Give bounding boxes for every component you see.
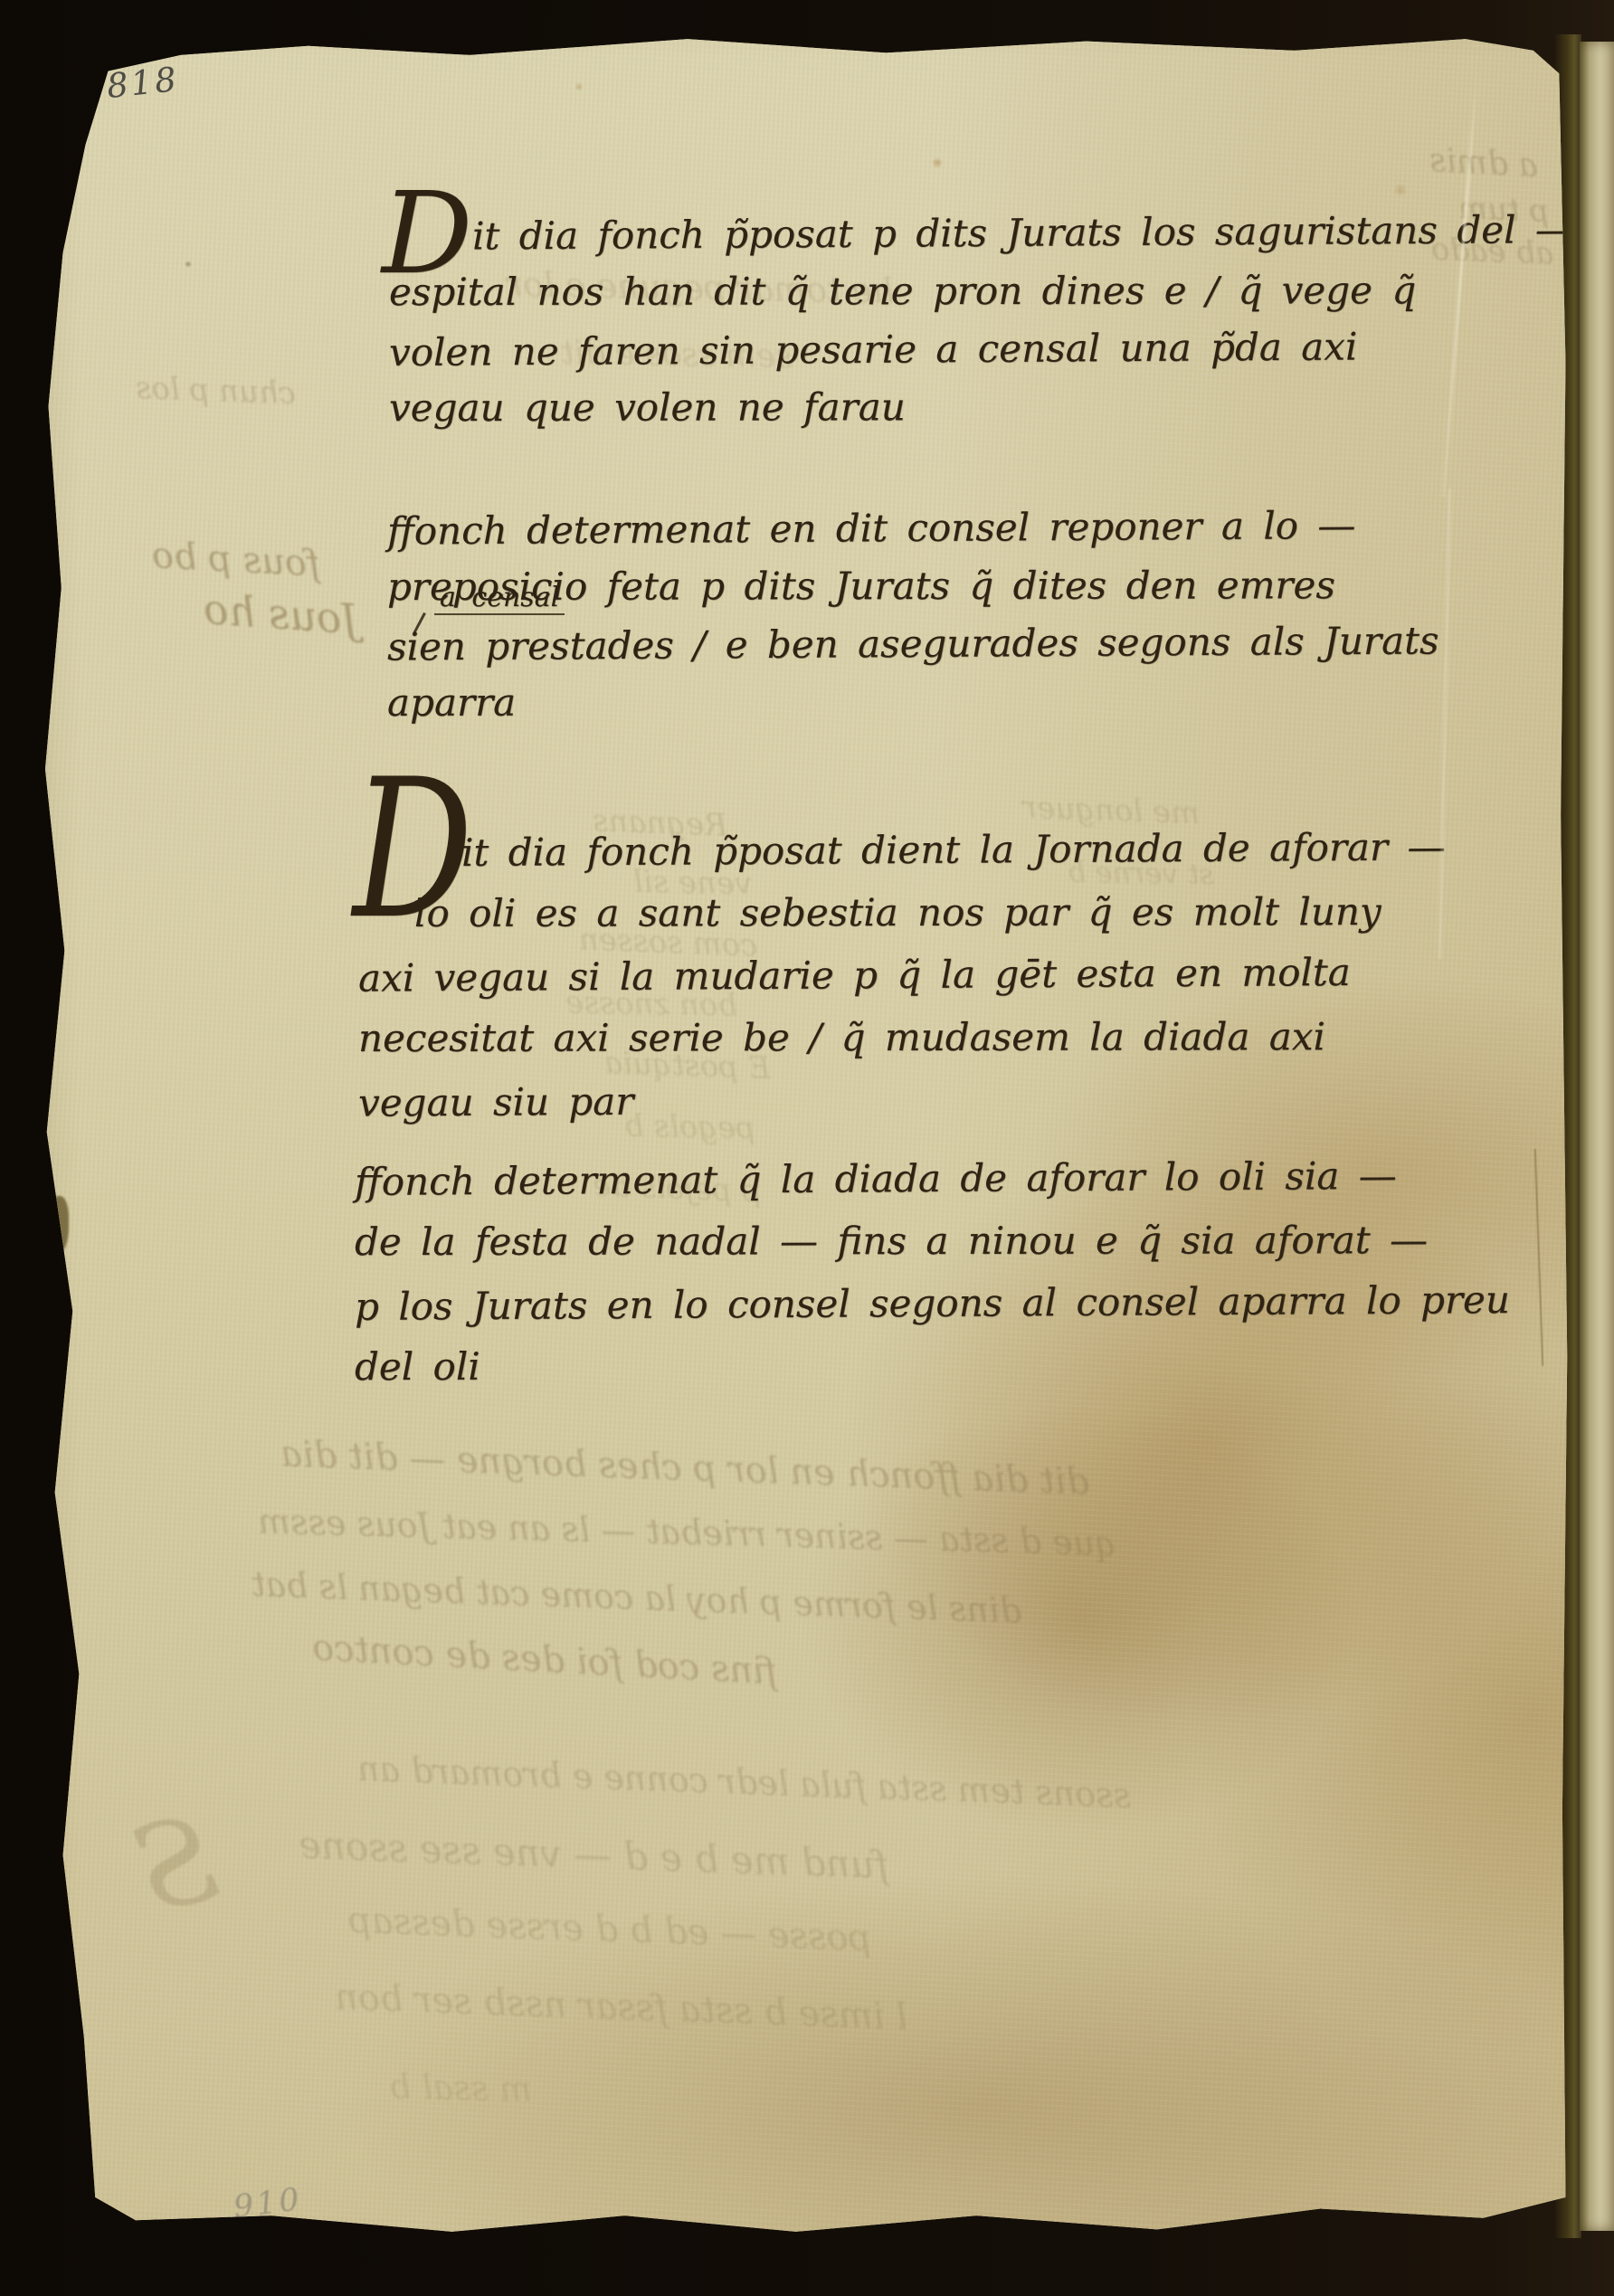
ghost-text-line: l imse b ssta fssar nssb ser bon xyxy=(334,1977,908,2038)
adjacent-page-edge xyxy=(1580,42,1614,2231)
pencil-number: 910 xyxy=(232,2182,304,2226)
ghost-text-line: dins le forme p hoy la come cat began ls… xyxy=(251,1564,1022,1631)
entry-2: a censal ffonch determenat en dit consel… xyxy=(387,499,1439,731)
entry-3-initial: D xyxy=(353,754,473,945)
entry-2-line-1: ffonch determenat en dit consel reponer … xyxy=(387,496,1439,560)
folio-number: 818 xyxy=(105,60,181,106)
ghost-text-line: fous p bo xyxy=(151,535,321,585)
entry-4-line-4: del oli xyxy=(355,1333,1510,1398)
ghost-text-line: m ssal b xyxy=(389,2067,533,2110)
entry-3-line-2: lo oli es a sant sebestia nos par q̃ es … xyxy=(358,880,1446,944)
entry-1-line-4: vegau que volen ne farau xyxy=(389,377,1573,437)
ghost-text-line: a dmis xyxy=(1429,142,1539,185)
ghost-text-line: Jous ho xyxy=(202,584,360,644)
ghost-text-line: posse — ed b d ersse dessap xyxy=(347,1900,872,1959)
ghost-text-line: fund me b e d — vne sse ssone xyxy=(298,1823,889,1888)
entry-1-line-1: it dia fonch p̃posat p dits Jurats los s… xyxy=(389,201,1573,266)
entry-1-initial: D xyxy=(382,177,472,290)
entry-1-line-3: volen ne faren sin pesarie a censal una … xyxy=(389,317,1573,382)
entry-2-line-4: aparra xyxy=(387,672,1439,732)
entry-1: D it dia fonch p̃posat p dits Jurats los… xyxy=(389,204,1573,436)
entry-2-line-2: preposicio feta p dits Jurats q̃ dites d… xyxy=(387,556,1439,616)
entry-4-line-3: p los Jurats en lo consel segons al cons… xyxy=(355,1268,1510,1338)
entry-3-line-4: necesitat axi serie be / q̃ mudasem la d… xyxy=(358,1005,1446,1069)
crease-line-right xyxy=(1534,1149,1543,1366)
ghost-text-line: dit dia ffonch en lor p ches borgne — di… xyxy=(280,1433,1089,1503)
entry-3-line-3: axi vegau si la mudarie p q̃ la gēt est… xyxy=(358,940,1446,1009)
entry-3: D it dia fonch p̃posat dient la Jornada … xyxy=(358,819,1445,1131)
edge-stain xyxy=(45,1196,69,1254)
manuscript-page: 818 a dmisp tumab eadohe tomar pegune e … xyxy=(0,0,1614,2296)
entry-2-line-3: sien prestades / e ben asegurades segons… xyxy=(387,612,1439,676)
ghost-text-line: chun p los xyxy=(135,370,296,412)
entry-3-line-1: it dia fonch p̃posat dient la Jornada de… xyxy=(358,815,1446,884)
entry-3-line-5: vegau siu par xyxy=(358,1065,1446,1134)
entry-4-line-1: ffonch determenat q̃ la diada de aforar … xyxy=(355,1143,1510,1213)
entry-4: ffonch determenat q̃ la diada de aforar … xyxy=(355,1147,1510,1397)
scan-background: 818 a dmisp tumab eadohe tomar pegune e … xyxy=(0,0,1614,2296)
ghost-text-line: fins cod foi des de contco xyxy=(311,1627,778,1694)
entry-1-line-2: espital nos han dit q̃ tene pron dines e… xyxy=(389,261,1573,321)
ghost-text-line: que d ssta — ssiner rriebat — ls an eat … xyxy=(258,1502,1118,1564)
ghost-text-line: S xyxy=(122,1788,230,1940)
entry-4-line-2: de la festa de nadal — fins a ninou e q̃… xyxy=(355,1209,1510,1273)
ghost-text-line: ssons tem ssta fula ledr conne e bromard… xyxy=(356,1749,1131,1816)
